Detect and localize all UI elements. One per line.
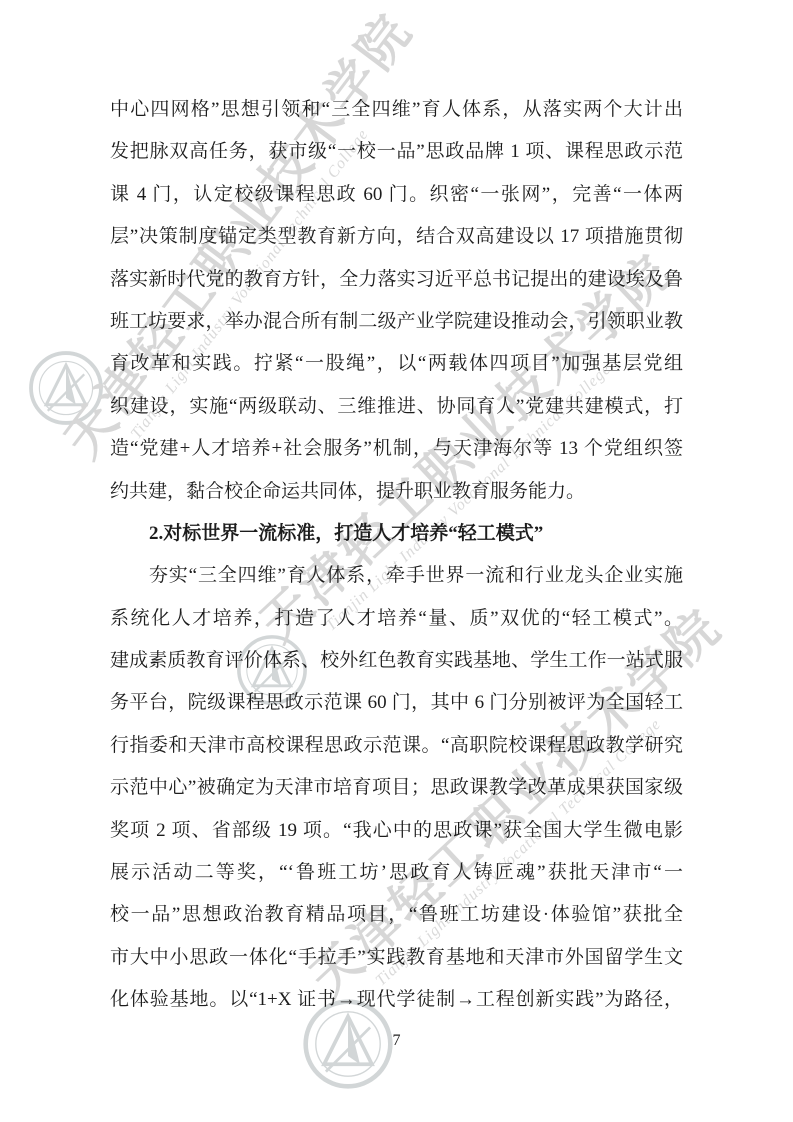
text-line: 育改革和实践。拧紧“一股绳”，以“两载体四项目”加强基层党组 bbox=[110, 343, 683, 385]
paragraph-2: 夯实“三全四维”育人体系，牵手世界一流和行业龙头企业实施系统化人才培养，打造了人… bbox=[110, 555, 683, 1021]
text-line: 约共建，黏合校企命运共同体，提升职业教育服务能力。 bbox=[110, 471, 683, 513]
section-heading-2: 2.对标世界一流标准，打造人才培养“轻工模式” bbox=[110, 513, 683, 555]
text-line: 课 4 门，认定校级课程思政 60 门。织密“一张网”，完善“一体两 bbox=[110, 174, 683, 216]
paragraph-1: 中心四网格”思想引领和“三全四维”育人体系，从落实两个大计出发把脉双高任务，获市… bbox=[110, 89, 683, 513]
text-line: 系统化人才培养，打造了人才培养“量、质”双优的“轻工模式”。 bbox=[110, 598, 683, 640]
text-line: 建成素质教育评价体系、校外红色教育实践基地、学生工作一站式服 bbox=[110, 640, 683, 682]
text-line: 落实新时代党的教育方针，全力落实习近平总书记提出的建设埃及鲁 bbox=[110, 259, 683, 301]
text-line: 层”决策制度锚定类型教育新方向，结合双高建设以 17 项措施贯彻 bbox=[110, 216, 683, 258]
text-line: 夯实“三全四维”育人体系，牵手世界一流和行业龙头企业实施 bbox=[110, 555, 683, 597]
text-line: 中心四网格”思想引领和“三全四维”育人体系，从落实两个大计出 bbox=[110, 89, 683, 131]
text-line: 造“党建+人才培养+社会服务”机制，与天津海尔等 13 个党组织签 bbox=[110, 428, 683, 470]
document-body: 中心四网格”思想引领和“三全四维”育人体系，从落实两个大计出发把脉双高任务，获市… bbox=[110, 89, 683, 1022]
text-line: 展示活动二等奖，“‘鲁班工坊’思政育人铸匠魂”获批天津市“一 bbox=[110, 852, 683, 894]
text-line: 化体验基地。以“1+X 证书→现代学徒制→工程创新实践”为路径， bbox=[110, 979, 683, 1021]
text-line: 示范中心”被确定为天津市培育项目；思政课教学改革成果获国家级 bbox=[110, 767, 683, 809]
text-line: 奖项 2 项、省部级 19 项。“我心中的思政课”获全国大学生微电影 bbox=[110, 810, 683, 852]
text-line: 行指委和天津市高校课程思政示范课。“高职院校课程思政教学研究 bbox=[110, 725, 683, 767]
document-page: 天津轻工职业技术学院 Tianjin Light Industry Vocati… bbox=[0, 0, 793, 1122]
text-line: 市大中小思政一体化“手拉手”实践教育基地和天津市外国留学生文 bbox=[110, 937, 683, 979]
page-number: 7 bbox=[110, 1032, 683, 1050]
text-line: 班工坊要求，举办混合所有制二级产业学院建设推动会，引领职业教 bbox=[110, 301, 683, 343]
text-line: 校一品”思想政治教育精品项目，“鲁班工坊建设·体验馆”获批全 bbox=[110, 894, 683, 936]
text-line: 织建设，实施“两级联动、三维推进、协同育人”党建共建模式，打 bbox=[110, 386, 683, 428]
text-line: 发把脉双高任务，获市级“一校一品”思政品牌 1 项、课程思政示范 bbox=[110, 131, 683, 173]
text-line: 务平台，院级课程思政示范课 60 门，其中 6 门分别被评为全国轻工 bbox=[110, 682, 683, 724]
